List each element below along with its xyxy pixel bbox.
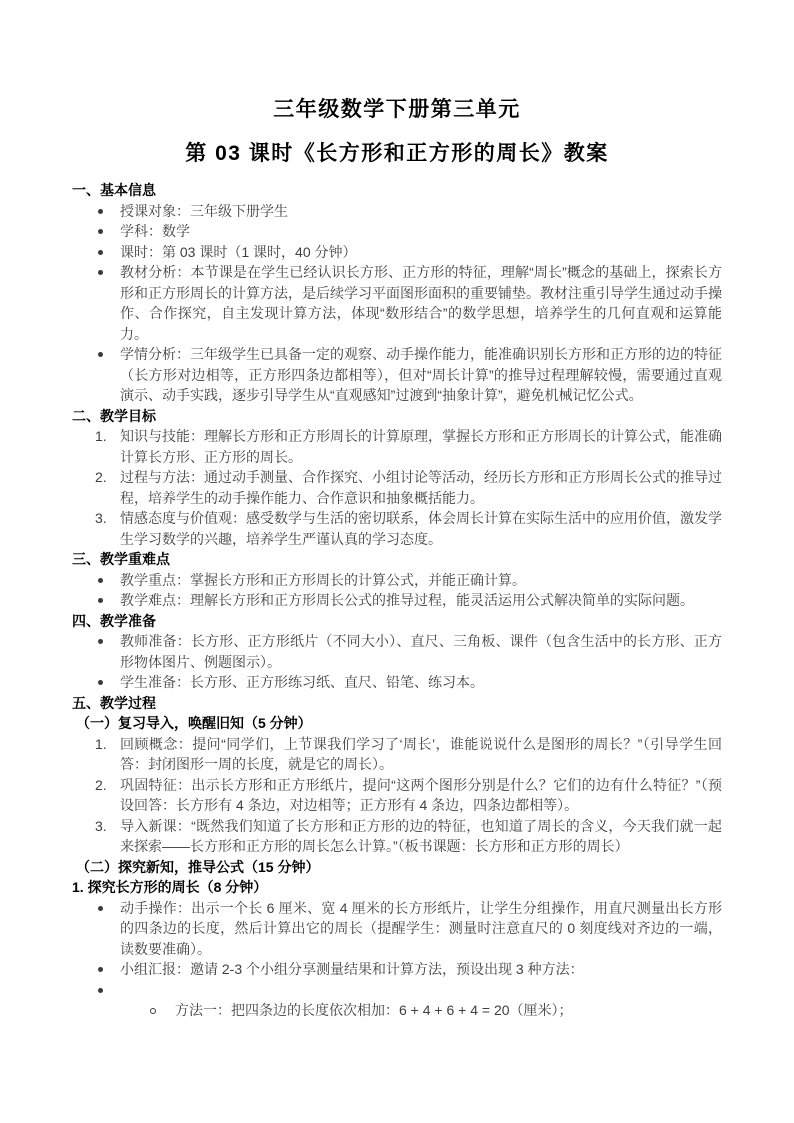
section-heading-teaching-preparation: 四、教学准备 <box>72 611 722 632</box>
numbered-item: 1. 知识与技能：理解长方形和正方形周长的计算原理，掌握长方形和正方形周长的计算… <box>72 426 722 467</box>
item-text: 回顾概念：提问“同学们，上节课我们学习了‘周长’，谁能说说什么是图形的周长？”（… <box>120 736 722 773</box>
bullet-icon <box>98 598 103 603</box>
list-item: 教师准备：长方形、正方形纸片（不同大小）、直尺、三角板、课件（包含生活中的长方形… <box>72 631 722 672</box>
numbered-item: 1. 回顾概念：提问“同学们，上节课我们学习了‘周长’，谁能说说什么是图形的周长… <box>72 734 722 775</box>
bullet-text: 学生准备：长方形、正方形练习纸、直尺、铅笔、练习本。 <box>120 674 484 690</box>
sub-bullet-text: 方法一：把四条边的长度依次相加：6 + 4 + 6 + 4 = 20（厘米）； <box>175 1002 573 1018</box>
bullet-text: 学科：数学 <box>120 223 190 239</box>
list-item: 课时：第 03 课时（1 课时，40 分钟） <box>72 242 722 263</box>
list-item: 授课对象：三年级下册学生 <box>72 201 722 222</box>
bullet-icon <box>98 352 103 357</box>
sub-list-item: 方法一：把四条边的长度依次相加：6 + 4 + 6 + 4 = 20（厘米）； <box>72 1000 722 1021</box>
doc-body: 一、基本信息 授课对象：三年级下册学生 学科：数学 课时：第 03 课时（1 课… <box>72 180 722 1021</box>
bullet-icon <box>98 906 103 911</box>
block-heading-explore-rectangle-perimeter: 1. 探究长方形的周长（8 分钟） <box>72 877 722 898</box>
bullet-icon <box>98 680 103 685</box>
bullet-icon <box>98 250 103 255</box>
item-text: 过程与方法：通过动手测量、合作探究、小组讨论等活动，经历长方形和正方形周长公式的… <box>120 469 722 506</box>
circle-bullet-icon <box>150 1008 156 1014</box>
list-item: 学生准备：长方形、正方形练习纸、直尺、铅笔、练习本。 <box>72 672 722 693</box>
section-heading-key-difficult-points: 三、教学重难点 <box>72 549 722 570</box>
list-item: 教学难点：理解长方形和正方形周长公式的推导过程，能灵活运用公式解决简单的实际问题… <box>72 590 722 611</box>
bullet-text: 小组汇报：邀请 2-3 个小组分享测量结果和计算方法，预设出现 3 种方法： <box>120 961 584 977</box>
section-heading-teaching-goals: 二、教学目标 <box>72 406 722 427</box>
bullet-text: 动手操作：出示一个长 6 厘米、宽 4 厘米的长方形纸片，让学生分组操作，用直尺… <box>120 900 722 957</box>
bullet-icon <box>98 967 103 972</box>
bullet-text: 教材分析：本节课是在学生已经认识长方形、正方形的特征，理解“周长”概念的基础上，… <box>120 264 722 342</box>
item-number: 2. <box>95 775 107 796</box>
numbered-item: 2. 过程与方法：通过动手测量、合作探究、小组讨论等活动，经历长方形和正方形周长… <box>72 467 722 508</box>
item-number: 2. <box>95 467 107 488</box>
bullet-icon <box>98 270 103 275</box>
bullet-icon <box>98 578 103 583</box>
item-number: 3. <box>95 816 107 837</box>
bullet-text: 学情分析：三年级学生已具备一定的观察、动手操作能力，能准确识别长方形和正方形的边… <box>120 346 722 403</box>
list-item: 动手操作：出示一个长 6 厘米、宽 4 厘米的长方形纸片，让学生分组操作，用直尺… <box>72 898 722 960</box>
document-page: 三年级数学下册第三单元 第 03 课时《长方形和正方形的周长》教案 一、基本信息… <box>0 0 794 1123</box>
list-item-empty <box>72 980 722 1001</box>
list-item: 教材分析：本节课是在学生已经认识长方形、正方形的特征，理解“周长”概念的基础上，… <box>72 262 722 344</box>
bullet-text: 教师准备：长方形、正方形纸片（不同大小）、直尺、三角板、课件（包含生活中的长方形… <box>120 633 722 670</box>
list-item: 小组汇报：邀请 2-3 个小组分享测量结果和计算方法，预设出现 3 种方法： <box>72 959 722 980</box>
numbered-item: 2. 巩固特征：出示长方形和正方形纸片，提问“这两个图形分别是什么？它们的边有什… <box>72 775 722 816</box>
bullet-icon <box>98 209 103 214</box>
item-number: 1. <box>95 426 107 447</box>
bullet-icon <box>98 988 103 993</box>
item-text: 导入新课：“既然我们知道了长方形和正方形的边的特征，也知道了周长的含义，今天我们… <box>120 818 722 855</box>
doc-title-line2: 第 03 课时《长方形和正方形的周长》教案 <box>72 139 722 169</box>
bullet-text: 授课对象：三年级下册学生 <box>120 203 288 219</box>
item-text: 情感态度与价值观：感受数学与生活的密切联系，体会周长计算在实际生活中的应用价值，… <box>120 510 722 547</box>
bullet-icon <box>98 639 103 644</box>
bullet-text: 教学重点：掌握长方形和正方形周长的计算公式，并能正确计算。 <box>120 572 526 588</box>
bullet-text: 教学难点：理解长方形和正方形周长公式的推导过程，能灵活运用公式解决简单的实际问题… <box>120 592 694 608</box>
list-item: 学情分析：三年级学生已具备一定的观察、动手操作能力，能准确识别长方形和正方形的边… <box>72 344 722 406</box>
list-item: 学科：数学 <box>72 221 722 242</box>
item-text: 巩固特征：出示长方形和正方形纸片，提问“这两个图形分别是什么？它们的边有什么特征… <box>120 777 722 814</box>
item-number: 1. <box>95 734 107 755</box>
bullet-text: 课时：第 03 课时（1 课时，40 分钟） <box>120 244 357 260</box>
subsection-heading-review-intro: （一）复习导入，唤醒旧知（5 分钟） <box>72 713 722 734</box>
bullet-icon <box>98 229 103 234</box>
section-heading-teaching-process: 五、教学过程 <box>72 693 722 714</box>
numbered-item: 3. 情感态度与价值观：感受数学与生活的密切联系，体会周长计算在实际生活中的应用… <box>72 508 722 549</box>
item-number: 3. <box>95 508 107 529</box>
subsection-heading-explore-new-knowledge: （二）探究新知，推导公式（15 分钟） <box>72 857 722 878</box>
list-item: 教学重点：掌握长方形和正方形周长的计算公式，并能正确计算。 <box>72 570 722 591</box>
section-heading-basic-info: 一、基本信息 <box>72 180 722 201</box>
doc-title-line1: 三年级数学下册第三单元 <box>72 95 722 125</box>
item-text: 知识与技能：理解长方形和正方形周长的计算原理，掌握长方形和正方形周长的计算公式，… <box>120 428 722 465</box>
numbered-item: 3. 导入新课：“既然我们知道了长方形和正方形的边的特征，也知道了周长的含义，今… <box>72 816 722 857</box>
